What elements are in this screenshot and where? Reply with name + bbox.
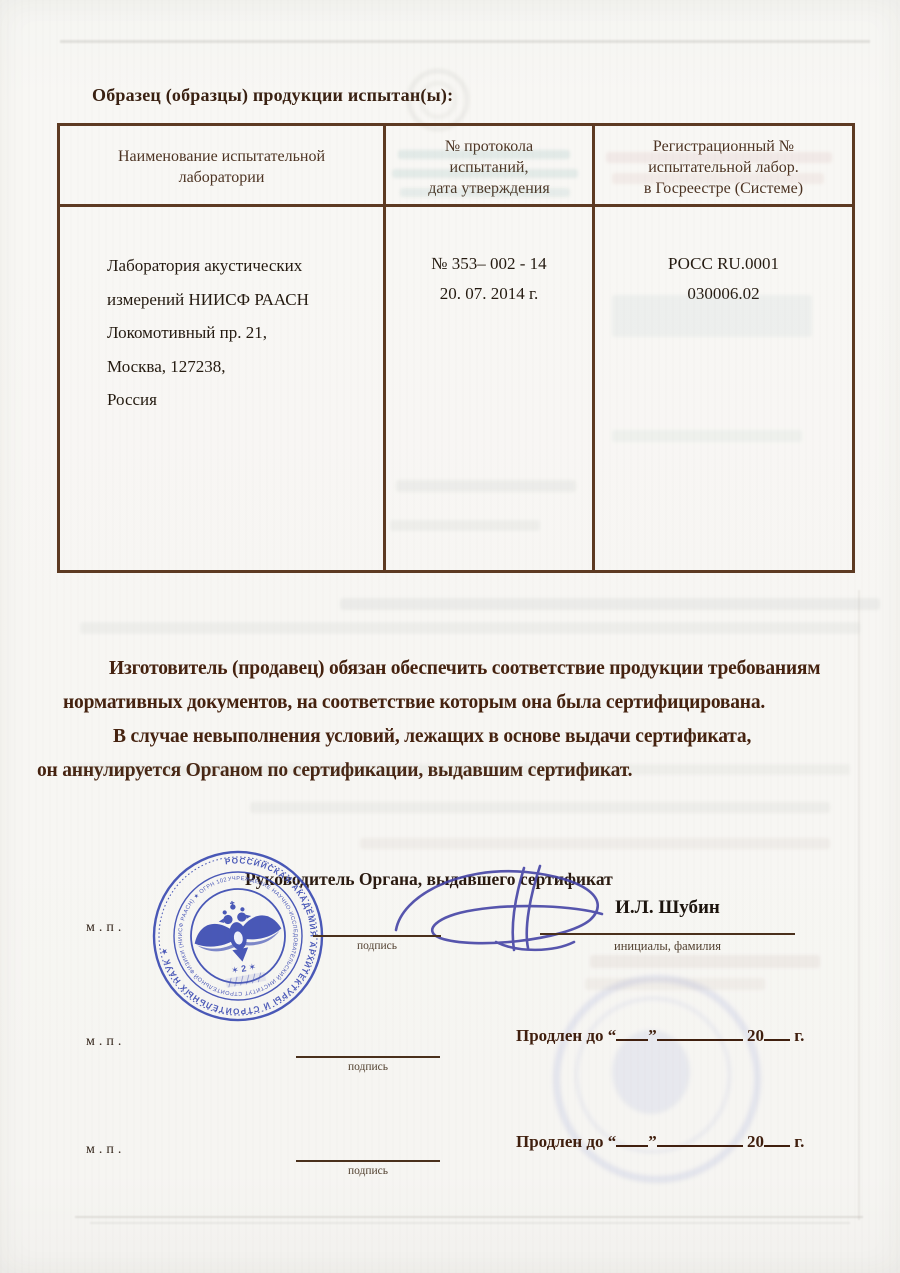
scan-artifact-top-line — [60, 40, 870, 43]
prolong-suffix: г. — [794, 1026, 804, 1045]
scan-artifact-bottom-line2 — [90, 1222, 850, 1224]
head-name: И.Л. Шубин — [540, 897, 795, 919]
notice-line: В случае невыполнения условий, лежащих в… — [37, 720, 867, 754]
column-protocol: № протокола испытаний, дата утверждения … — [383, 126, 592, 570]
column-laboratory: Наименование испытательной лаборатории Л… — [60, 126, 383, 570]
prolong-month-blank — [657, 1027, 743, 1041]
notice-line: нормативных документов, на соответствие … — [37, 686, 867, 720]
scan-artifact-bottom-line — [75, 1216, 863, 1218]
mp-seal-label: м.п. — [86, 1142, 125, 1158]
prolong-prefix: Продлен до “ — [516, 1026, 616, 1045]
bleedthrough-text — [80, 622, 860, 634]
notice-line: он аннулируется Органом по сертификации,… — [37, 754, 867, 788]
prolong-month-blank — [657, 1133, 743, 1147]
svg-text:УЧРЕЖДЕНИЕ НАУЧНО-ИССЛЕДОВАТЕЛ: УЧРЕЖДЕНИЕ НАУЧНО-ИССЛЕДОВАТЕЛЬСКИЙ ИНСТ… — [136, 835, 307, 1011]
bleedthrough-text — [250, 802, 830, 813]
stamp-center-mark: ✶ 2 ✶ — [231, 961, 257, 975]
mp-seal-label: м.п. — [86, 920, 125, 936]
prolong-suffix: г. — [794, 1132, 804, 1151]
cell-laboratory: Лаборатория акустических измерений НИИСФ… — [60, 207, 383, 570]
notice-line: Изготовитель (продавец) обязан обеспечит… — [37, 652, 867, 686]
test-results-table: Наименование испытательной лаборатории Л… — [57, 123, 855, 573]
header-laboratory: Наименование испытательной лаборатории — [60, 126, 383, 207]
bleedthrough-text — [360, 838, 830, 849]
round-stamp-niisf: РОССИЙСКАЯ АКАДЕМИЯ АРХИТЕКТУРЫ И СТРОИТ… — [136, 834, 340, 1038]
signature-line — [296, 1160, 440, 1162]
prolong-prefix: Продлен до “ — [516, 1132, 616, 1151]
bleedthrough-text — [585, 978, 765, 990]
signature-caption: подпись — [296, 1165, 440, 1177]
bleedthrough-text — [340, 598, 880, 610]
prolong-close-quote: ” — [648, 1026, 657, 1045]
signature-caption: подпись — [296, 1061, 440, 1073]
prolong-close-quote: ” — [648, 1132, 657, 1151]
page-title: Образец (образцы) продукции испытан(ы): — [92, 85, 453, 106]
bleedthrough-stamp-ring — [575, 997, 731, 1153]
manufacturer-obligation-text: Изготовитель (продавец) обязан обеспечит… — [37, 652, 867, 788]
prolong-year-prefix: 20 — [747, 1026, 764, 1045]
signature-line — [296, 1056, 440, 1058]
column-registration: Регистрационный № испытательной лабор. в… — [592, 126, 852, 570]
header-registration: Регистрационный № испытательной лабор. в… — [595, 126, 852, 207]
cell-protocol: № 353– 002 - 14 20. 07. 2014 г. — [386, 207, 592, 570]
prolong-year-prefix: 20 — [747, 1132, 764, 1151]
prolong-year-blank — [764, 1027, 790, 1041]
prolonged-until-row: Продлен до “” 20 г. — [516, 1132, 804, 1152]
name-caption: инициалы, фамилия — [540, 939, 795, 954]
mp-seal-label: м.п. — [86, 1034, 125, 1050]
signature-line — [313, 935, 441, 937]
signature-caption: подпись — [313, 940, 441, 952]
name-line — [540, 933, 795, 935]
cell-registration: РОСС RU.0001 030006.02 — [595, 207, 852, 570]
prolong-day-blank — [616, 1027, 648, 1041]
prolonged-until-row: Продлен до “” 20 г. — [516, 1026, 804, 1046]
scanned-certificate-page: Образец (образцы) продукции испытан(ы): … — [0, 0, 900, 1273]
header-protocol: № протокола испытаний, дата утверждения — [386, 126, 592, 207]
prolong-day-blank — [616, 1133, 648, 1147]
prolong-year-blank — [764, 1133, 790, 1147]
stamp-inner-ring-text: УЧРЕЖДЕНИЕ НАУЧНО-ИССЛЕДОВАТЕЛЬСКИЙ ИНСТ… — [136, 835, 307, 1011]
